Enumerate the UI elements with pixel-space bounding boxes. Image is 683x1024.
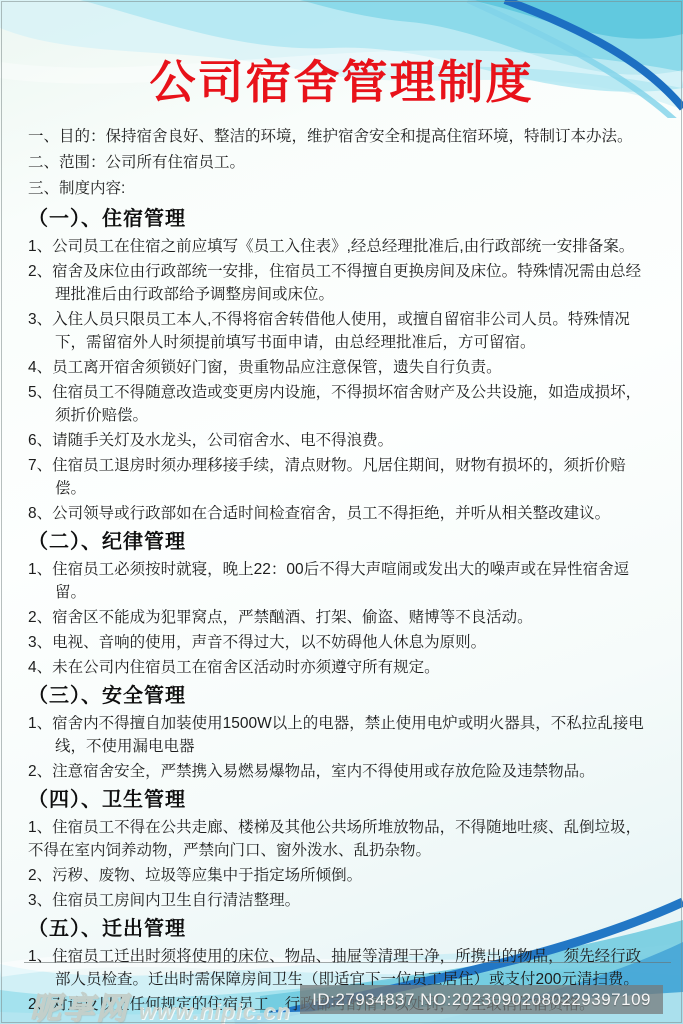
rule-item: 3、入住人员只限员工本人,不得将宿舍转借他人使用，或擅自留宿非公司人员。特殊情况… — [28, 308, 655, 354]
watermark-site-name: 昵享网 — [30, 983, 129, 1024]
section-discipline-management: （二）、纪律管理 1、住宿员工必须按时就寝，晚上22：00后不得大声喧闹或发出大… — [28, 528, 655, 679]
dormitory-rules-poster: 公司宿舍管理制度 一、目的：保持宿舍良好、整洁的环境，维护宿舍安全和提高住宿环境… — [0, 0, 683, 1024]
rule-item: 8、公司领导或行政部如在合适时间检查宿舍，员工不得拒绝，并听从相关整改建议。 — [28, 502, 655, 525]
rule-item: 7、住宿员工退房时须办理移接手续，清点财物。凡居住期间，财物有损坏的，须折价赔偿… — [28, 454, 655, 500]
watermark-site-url: www.nipic.cn — [139, 999, 291, 1024]
rule-item: 4、员工离开宿舍须锁好门窗，贵重物品应注意保管，遗失自行负责。 — [28, 356, 655, 379]
section-heading: （二）、纪律管理 — [28, 528, 655, 556]
section-heading: （一）、住宿管理 — [28, 205, 655, 233]
section-accommodation-management: （一）、住宿管理 1、公司员工在住宿之前应填写《员工入住表》,经总经理批准后,由… — [28, 205, 655, 525]
section-safety-management: （三）、安全管理 1、宿舍内不得擅自加装使用1500W以上的电器，禁止使用电炉或… — [28, 682, 655, 783]
rule-item: 2、注意宿舍安全，严禁携入易燃易爆物品，室内不得使用或存放危险及违禁物品。 — [28, 760, 655, 783]
intro-line-purpose: 一、目的：保持宿舍良好、整洁的环境，维护宿舍安全和提高住宿环境，特制订本办法。 — [28, 124, 655, 150]
rule-item: 4、未在公司内住宿员工在宿舍区活动时亦须遵守所有规定。 — [28, 656, 655, 679]
rule-item: 3、住宿员工房间内卫生自行清洁整理。 — [28, 889, 655, 912]
rule-item: 3、电视、音响的使用，声音不得过大，以不妨碍他人休息为原则。 — [28, 631, 655, 654]
page-title: 公司宿舍管理制度 — [28, 56, 655, 108]
rule-item: 6、请随手关灯及水龙头，公司宿舍水、电不得浪费。 — [28, 429, 655, 452]
intro-line-scope: 二、范围：公司所有住宿员工。 — [28, 150, 655, 176]
rule-item: 1、公司员工在住宿之前应填写《员工入住表》,经总经理批准后,由行政部统一安排备案… — [28, 235, 655, 258]
rule-item: 5、住宿员工不得随意改造或变更房内设施，不得损坏宿舍财产及公共设施，如造成损坏，… — [28, 381, 655, 427]
site-watermark: 昵享网 www.nipic.cn — [30, 983, 291, 1024]
section-heading: （四）、卫生管理 — [28, 786, 655, 814]
rule-item: 1、住宿员工不得在公共走廊、楼梯及其他公共场所堆放物品，不得随地吐痰、乱倒垃圾，… — [28, 816, 655, 862]
rule-item: 1、宿舍内不得擅自加装使用1500W以上的电器，禁止使用电炉或明火器具，不私拉乱… — [28, 712, 655, 758]
rule-item: 2、宿舍区不能成为犯罪窝点，严禁酗酒、打架、偷盗、赌博等不良活动。 — [28, 606, 655, 629]
section-hygiene-management: （四）、卫生管理 1、住宿员工不得在公共走廊、楼梯及其他公共场所堆放物品，不得随… — [28, 786, 655, 912]
section-heading: （三）、安全管理 — [28, 682, 655, 710]
document-content: 公司宿舍管理制度 一、目的：保持宿舍良好、整洁的环境，维护宿舍安全和提高住宿环境… — [0, 0, 683, 1024]
rule-item: 2、污秽、废物、垃圾等应集中于指定场所倾倒。 — [28, 864, 655, 887]
intro-line-contents: 三、制度内容: — [28, 176, 655, 202]
section-heading: （五）、迁出管理 — [28, 915, 655, 943]
rule-item: 2、宿舍及床位由行政部统一安排，住宿员工不得擅自更换房间及床位。特殊情况需由总经… — [28, 260, 655, 306]
image-id-badge: ID:27934837 NO:20230902080229397109 — [300, 985, 663, 1014]
rule-item: 1、住宿员工必须按时就寝，晚上22：00后不得大声喧闹或发出大的噪声或在异性宿舍… — [28, 558, 655, 604]
